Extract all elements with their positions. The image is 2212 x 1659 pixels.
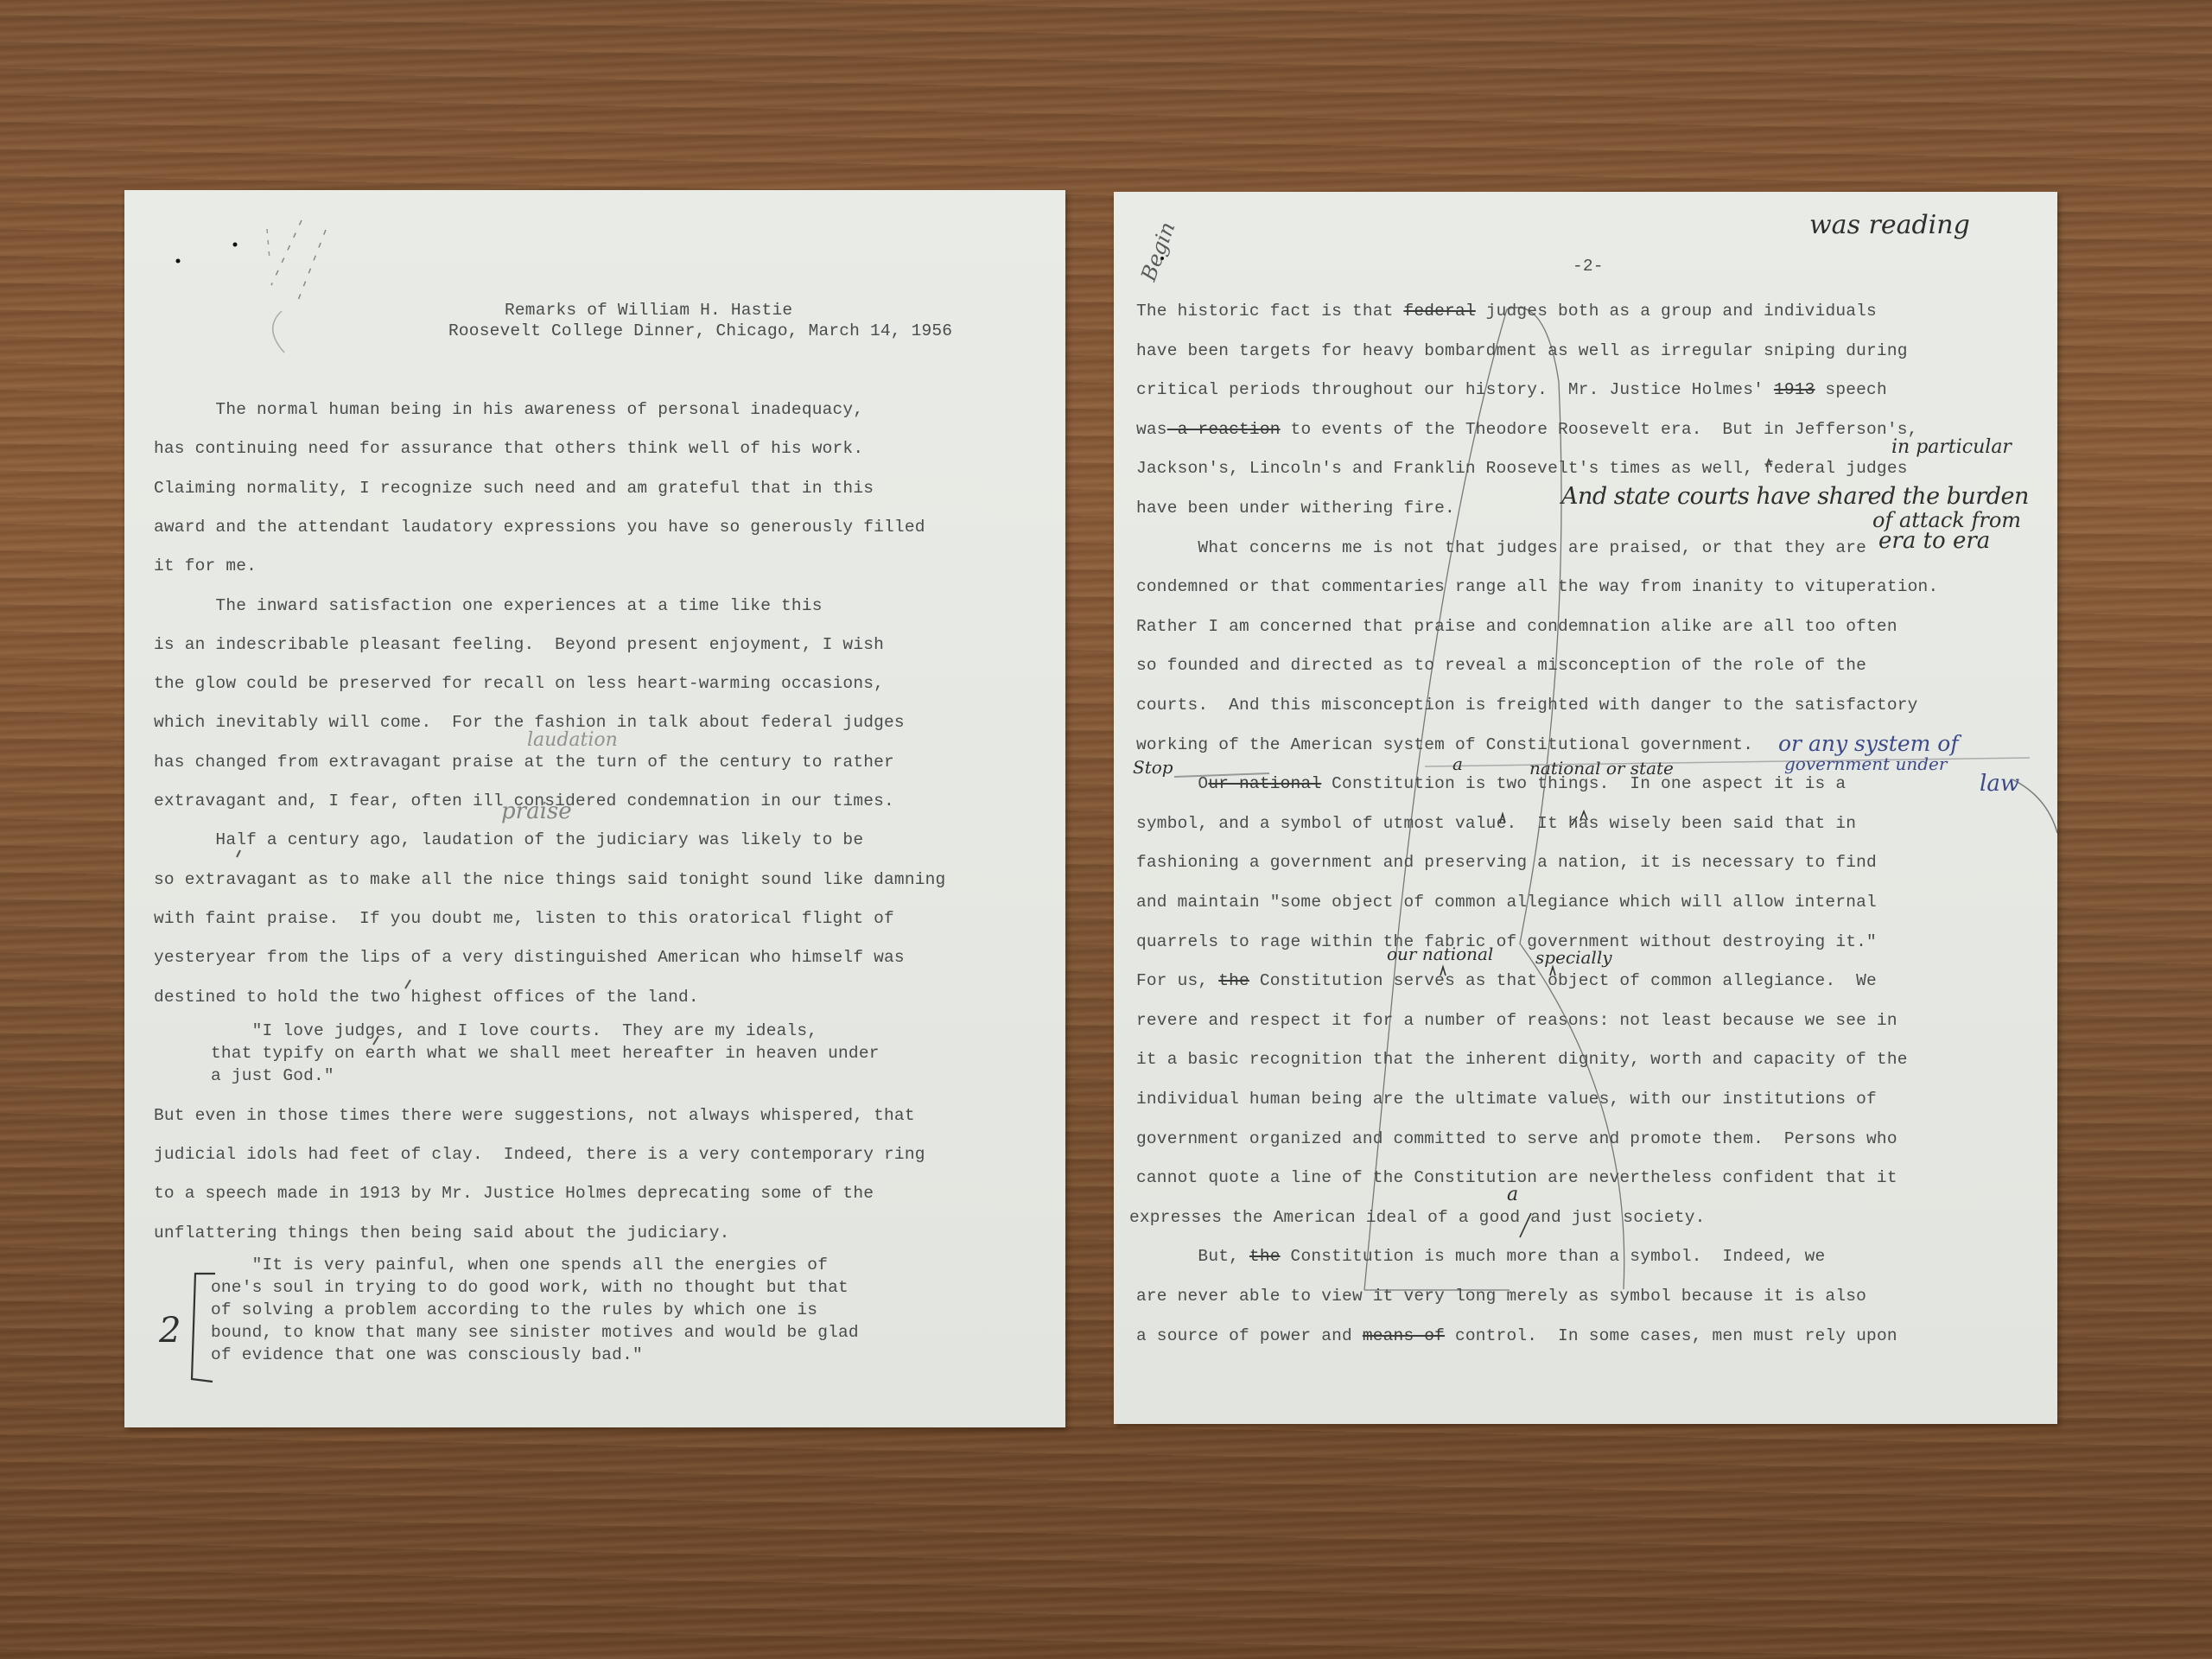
body-line: so extravagant as to make all the nice t…: [154, 869, 945, 890]
heading-line-1: Remarks of William H. Hastie: [505, 300, 792, 321]
line-text: critical periods throughout our history.…: [1136, 380, 1774, 399]
body-line: yesteryear from the lips of a very disti…: [154, 947, 905, 968]
line-text: are never able to view it very long mere…: [1136, 1287, 1866, 1306]
body-line: government organized and committed to se…: [1136, 1128, 1897, 1149]
body-line: unflattering things then being said abou…: [154, 1223, 730, 1243]
annotation-national-or-state: national or state: [1529, 760, 1674, 777]
line-text: control. In some cases, men must rely up…: [1445, 1326, 1897, 1345]
line-text: was: [1136, 420, 1167, 439]
page-number: -2-: [1573, 256, 1604, 276]
struck-text: ur national: [1208, 774, 1321, 793]
body-line: expresses the American ideal of a good a…: [1129, 1207, 1706, 1228]
annotation-in-particular: in particular: [1891, 438, 2012, 457]
quote-line: "It is very painful, when one spends all…: [211, 1255, 828, 1275]
page-2-pencil-marks: [1114, 192, 2057, 1424]
struck-text: means of: [1363, 1326, 1445, 1345]
body-line: condemned or that commentaries range all…: [1136, 576, 1938, 597]
speech-page-2: -2- Begin Stop The historic fact is that…: [1114, 192, 2057, 1424]
body-line: The historic fact is that federal judges…: [1136, 301, 1877, 321]
line-text: government organized and committed to se…: [1136, 1129, 1897, 1148]
body-line: fashioning a government and preserving a…: [1136, 852, 1877, 873]
annotation-or-any-system-2: government under: [1784, 755, 1947, 772]
body-line: For us, the Constitution serves as that …: [1136, 970, 1877, 991]
line-text: symbol, and a symbol of utmost value. It…: [1136, 814, 1856, 833]
quote-line: "I love judges, and I love courts. They …: [211, 1020, 817, 1041]
body-line: individual human being are the ultimate …: [1136, 1089, 1877, 1109]
line-text: it a basic recognition that the inherent…: [1136, 1050, 1908, 1069]
body-line: courts. And this misconception is freigh…: [1136, 695, 1918, 715]
annotation-or-any-system-1: or any system of: [1778, 733, 1959, 754]
body-line: critical periods throughout our history.…: [1136, 379, 1887, 400]
quote-line: that typify on earth what we shall meet …: [211, 1043, 880, 1064]
line-text: For us,: [1136, 971, 1218, 990]
line-text: Jackson's, Lincoln's and Franklin Roosev…: [1136, 459, 1908, 478]
line-text: Rather I am concerned that praise and co…: [1136, 617, 1897, 636]
line-text: judges both as a group and individuals: [1476, 302, 1877, 321]
body-line: to a speech made in 1913 by Mr. Justice …: [154, 1183, 874, 1204]
body-line: is an indescribable pleasant feeling. Be…: [154, 634, 884, 655]
annotation-specially: specially: [1535, 949, 1612, 966]
line-text: individual human being are the ultimate …: [1136, 1090, 1877, 1109]
body-line: award and the attendant laudatory expres…: [154, 517, 925, 537]
body-line: Our national Constitution is two things.…: [1136, 773, 1846, 794]
line-text: condemned or that commentaries range all…: [1136, 577, 1938, 596]
annotation-state-courts-3: era to era: [1878, 530, 1990, 552]
annotation-insert-a-1: a: [1452, 755, 1463, 772]
body-line: the glow could be preserved for recall o…: [154, 673, 884, 694]
speech-page-1: Remarks of William H. Hastie Roosevelt C…: [124, 190, 1065, 1427]
annotation-was-reading: was reading: [1809, 213, 1970, 238]
line-text: Constitution is much more than a symbol.…: [1281, 1247, 1826, 1266]
margin-number-2: 2: [159, 1313, 181, 1348]
line-text: a source of power and: [1136, 1326, 1363, 1345]
body-line: so founded and directed as to reveal a m…: [1136, 655, 1866, 676]
quote-line: of solving a problem according to the ru…: [211, 1300, 817, 1320]
body-line: have been targets for heavy bombardment …: [1136, 340, 1908, 361]
body-line: symbol, and a symbol of utmost value. It…: [1136, 813, 1856, 834]
body-line: judicial idols had feet of clay. Indeed,…: [154, 1144, 925, 1165]
body-line: working of the American system of Consti…: [1136, 734, 1753, 755]
line-text: revere and respect it for a number of re…: [1136, 1011, 1897, 1030]
heading-line-2: Roosevelt College Dinner, Chicago, March…: [448, 321, 952, 341]
body-line: Half a century ago, laudation of the jud…: [154, 829, 863, 850]
quote-line: a just God.": [211, 1065, 334, 1086]
body-line: But, the Constitution is much more than …: [1136, 1246, 1825, 1267]
body-line: What concerns me is not that judges are …: [1136, 537, 1866, 558]
body-line: quarrels to rage within the fabric of go…: [1136, 931, 1877, 952]
struck-text: the: [1249, 1247, 1281, 1266]
quote-line: of evidence that one was consciously bad…: [211, 1344, 643, 1365]
line-text: have been under withering fire.: [1136, 499, 1455, 518]
body-line: has changed from extravagant praise at t…: [154, 752, 894, 772]
line-text: O: [1136, 774, 1208, 793]
body-line: But even in those times there were sugge…: [154, 1105, 915, 1126]
body-line: and maintain "some object of common alle…: [1136, 892, 1877, 912]
line-text: speech: [1815, 380, 1887, 399]
line-text: and maintain "some object of common alle…: [1136, 893, 1877, 912]
body-line: The normal human being in his awareness …: [154, 399, 863, 420]
body-line: Claiming normality, I recognize such nee…: [154, 478, 874, 499]
body-line: revere and respect it for a number of re…: [1136, 1010, 1897, 1031]
line-text: expresses the American ideal of a good a…: [1129, 1208, 1706, 1227]
struck-text: the: [1218, 971, 1249, 990]
quote-line: bound, to know that many see sinister mo…: [211, 1322, 859, 1343]
body-line: it a basic recognition that the inherent…: [1136, 1049, 1908, 1070]
margin-begin: Begin: [1138, 219, 1179, 283]
body-line: are never able to view it very long mere…: [1136, 1286, 1866, 1306]
line-text: Constitution serves as that object of co…: [1249, 971, 1877, 990]
body-line: Rather I am concerned that praise and co…: [1136, 616, 1897, 637]
body-line: destined to hold the two highest offices…: [154, 987, 699, 1007]
annotation-or-any-system-3: law: [1980, 772, 2019, 795]
body-line: have been under withering fire.: [1136, 498, 1455, 518]
body-line: Jackson's, Lincoln's and Franklin Roosev…: [1136, 458, 1908, 479]
line-text: to events of the Theodore Roosevelt era.…: [1281, 420, 1918, 439]
annotation-state-courts-1: And state courts have shared the burden: [1561, 485, 2029, 508]
line-text: The historic fact is that: [1136, 302, 1403, 321]
struck-text: 1913: [1774, 380, 1815, 399]
annotation-our-national: our national: [1387, 945, 1493, 963]
annotation-insert-a-2: a: [1507, 1185, 1518, 1205]
line-text: working of the American system of Consti…: [1136, 735, 1753, 754]
annotation-laudation: laudation: [527, 731, 618, 750]
body-line: The inward satisfaction one experiences …: [154, 595, 823, 616]
body-line: with faint praise. If you doubt me, list…: [154, 908, 894, 929]
annotation-praise: praise: [501, 800, 572, 823]
line-text: But,: [1136, 1247, 1249, 1266]
body-line: a source of power and means of control. …: [1136, 1325, 1897, 1346]
struck-text: a reaction: [1167, 420, 1281, 439]
line-text: have been targets for heavy bombardment …: [1136, 341, 1908, 360]
line-text: courts. And this misconception is freigh…: [1136, 696, 1918, 715]
line-text: quarrels to rage within the fabric of go…: [1136, 932, 1877, 951]
body-line: was a reaction to events of the Theodore…: [1136, 419, 1918, 440]
quote-line: one's soul in trying to do good work, wi…: [211, 1277, 849, 1298]
body-line: it for me.: [154, 556, 257, 576]
line-text: What concerns me is not that judges are …: [1136, 538, 1866, 557]
struck-text: federal: [1403, 302, 1475, 321]
body-line: has continuing need for assurance that o…: [154, 438, 863, 459]
line-text: fashioning a government and preserving a…: [1136, 853, 1877, 872]
line-text: so founded and directed as to reveal a m…: [1136, 656, 1866, 675]
